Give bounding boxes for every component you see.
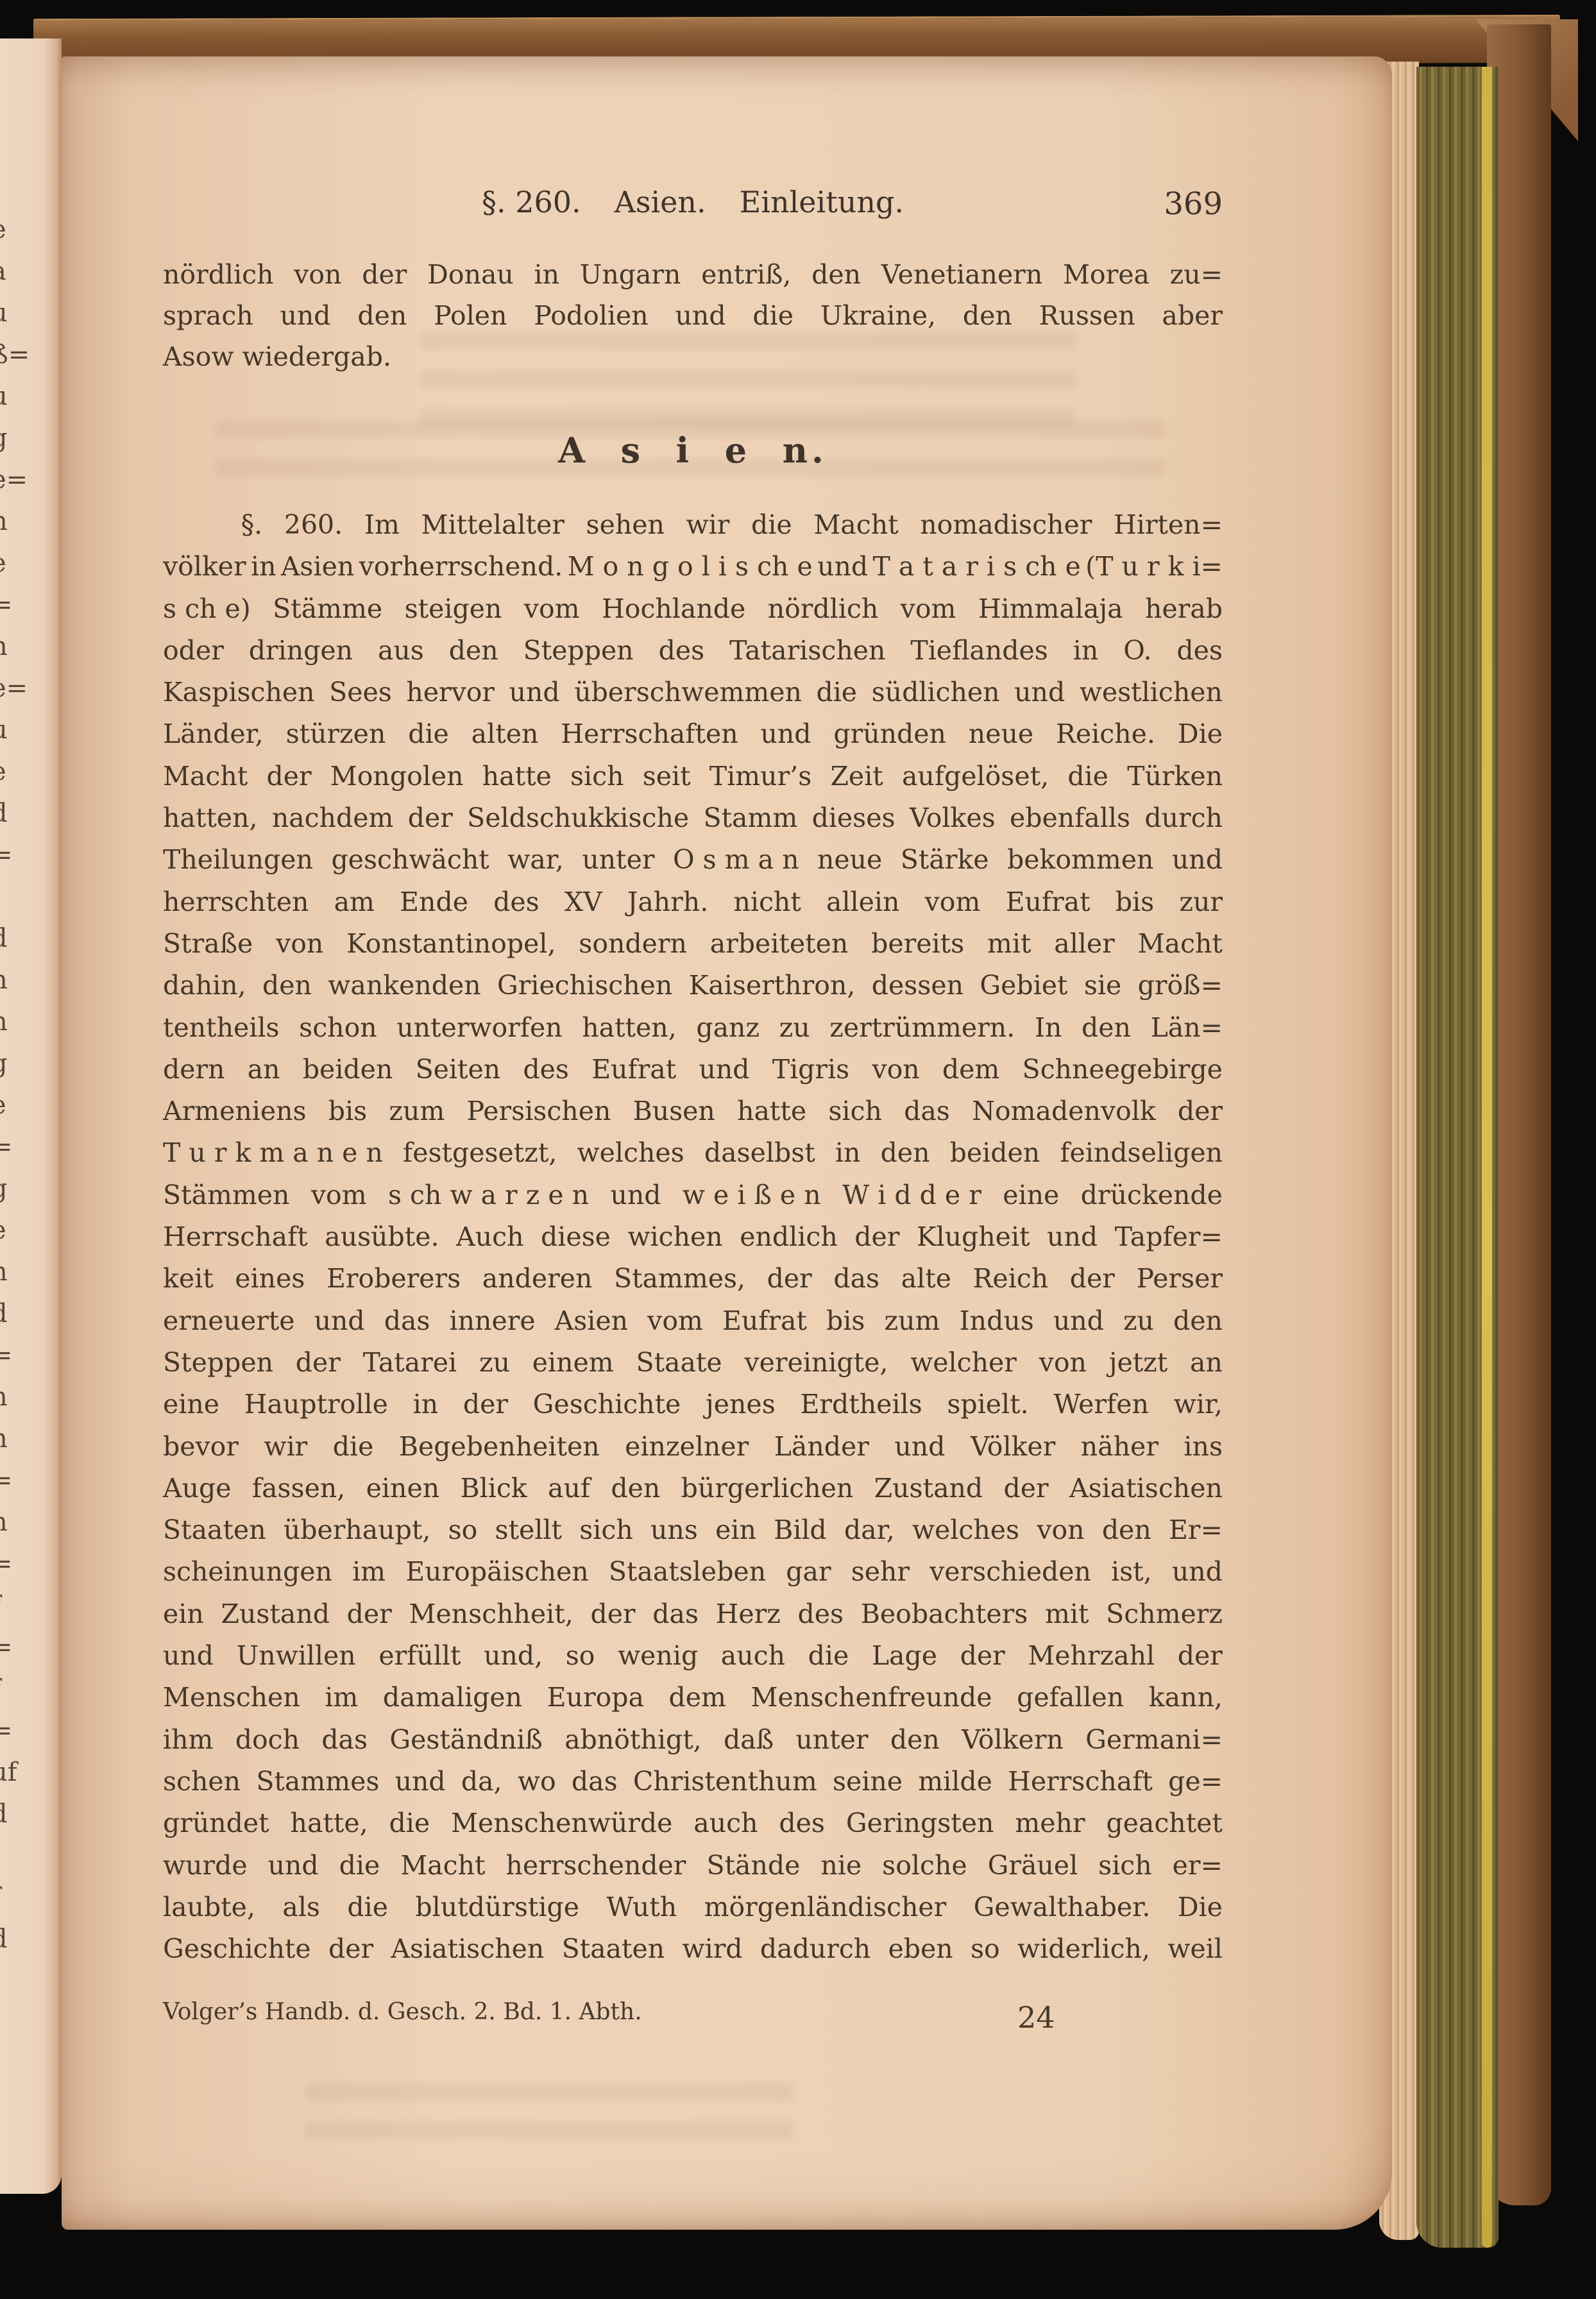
strip-fragment: d — [0, 1924, 8, 1954]
strip-fragment: = — [0, 1466, 13, 1495]
strip-fragment: = — [0, 1633, 13, 1662]
text-line: dernanbeidenSeitendesEufratundTigrisvond… — [163, 1054, 1223, 1096]
text-line: Theilungengeschwächtwar,unterO s m a nne… — [163, 844, 1223, 886]
strip-fragment: n — [0, 507, 8, 536]
main-paragraph: §.260.ImMittelaltersehenwirdieMachtnomad… — [163, 509, 1223, 1975]
strip-fragment: e — [0, 215, 6, 244]
strip-fragment: = — [0, 840, 13, 870]
header-section: §. 260. — [482, 185, 581, 219]
sheet-number: 24 — [1017, 2000, 1055, 2035]
strip-fragment: h — [0, 1007, 8, 1037]
text-line: eineHauptrolleinderGeschichtejenesErdthe… — [163, 1389, 1223, 1430]
facing-page-strip: eauß=uge=ne=ne=ued=;dhhge=gend=nn=h=f=f=… — [0, 38, 62, 2194]
intro-paragraph: nördlichvonderDonauinUngarnentriß,denVen… — [163, 259, 1223, 382]
text-line: erneuerteunddasinnereAsienvomEufratbiszu… — [163, 1305, 1223, 1347]
strip-fragment: g — [0, 1174, 8, 1203]
section-heading: A s i e n. — [163, 430, 1223, 471]
text-line: s ch e)StämmesteigenvomHochlandenördlich… — [163, 593, 1223, 635]
text-line: SteppenderTatareizueinemStaatevereinigte… — [163, 1347, 1223, 1389]
strip-fragment: d — [0, 1799, 8, 1829]
text-line: MachtderMongolenhattesichseitTimur’sZeit… — [163, 761, 1223, 802]
text-line: tentheilsschonunterworfenhatten,ganzzuze… — [163, 1012, 1223, 1054]
text-line: sprachunddenPolenPodolienunddieUkraine,d… — [163, 300, 1223, 341]
text-line: undUnwillenerfülltund,sowenigauchdieLage… — [163, 1640, 1223, 1682]
strip-fragment: h — [0, 1507, 8, 1537]
text-line: keiteinesEroberersanderenStammes,derdasa… — [163, 1263, 1223, 1305]
book-page: §. 260. Asien. Einleitung. 369 nördlichv… — [62, 56, 1392, 2230]
strip-fragment: u — [0, 382, 8, 411]
strip-fragment: e= — [0, 674, 28, 703]
strip-fragment: d — [0, 924, 8, 953]
header-title: Asien. — [615, 185, 706, 219]
strip-fragment: n — [0, 1424, 8, 1454]
strip-fragment: f — [0, 1591, 1, 1620]
strip-fragment: g — [0, 1049, 8, 1078]
strip-fragment: e — [0, 1216, 6, 1245]
text-line: Staatenüberhaupt,sostelltsichunseinBildd… — [163, 1514, 1223, 1556]
text-line: Asow wiedergab. — [163, 341, 1223, 382]
strip-fragment: u — [0, 715, 8, 745]
strip-fragment: = — [0, 1716, 13, 1745]
book-fore-edge — [1416, 67, 1498, 2248]
text-line: bevorwirdieBegebenheiteneinzelnerLänderu… — [163, 1431, 1223, 1473]
text-line: Augefassen,einenBlickaufdenbürgerlichenZ… — [163, 1473, 1223, 1514]
text-line: herrschtenamEndedesXVJahrh.nichtalleinvo… — [163, 887, 1223, 928]
strip-fragment: f — [0, 1674, 1, 1704]
strip-fragment: = — [0, 1549, 13, 1579]
text-line: MenschenimdamaligenEuropademMenschenfreu… — [163, 1682, 1223, 1724]
text-line: §.260.ImMittelaltersehenwirdieMachtnomad… — [163, 509, 1223, 551]
text-line: GeschichtederAsiatischenStaatenwirddadur… — [163, 1933, 1223, 1975]
text-line: völkerinAsienvorherrschend.M o n g o l i… — [163, 551, 1223, 593]
strip-fragment: d — [0, 1299, 8, 1328]
strip-fragment: e — [0, 548, 6, 578]
header-subtitle: Einleitung. — [740, 185, 904, 219]
text-line: hatten,nachdemderSeldschukkischeStammdie… — [163, 802, 1223, 844]
strip-fragment: f — [0, 1883, 1, 1912]
strip-fragment: = — [0, 1341, 13, 1370]
strip-fragment: ß= — [0, 340, 30, 369]
strip-fragment: ) — [0, 1841, 1, 1871]
strip-fragment: u — [0, 298, 8, 328]
strip-fragment: = — [0, 590, 13, 620]
text-line: nördlichvonderDonauinUngarnentriß,denVen… — [163, 259, 1223, 300]
text-line: Länder,stürzendiealtenHerrschaftenundgrü… — [163, 718, 1223, 760]
text-line: dahin,denwankendenGriechischenKaiserthro… — [163, 970, 1223, 1012]
text-line: einZustandderMenschheit,derdasHerzdesBeo… — [163, 1599, 1223, 1640]
strip-fragment: a — [0, 257, 6, 286]
strip-fragment: = — [0, 1132, 13, 1162]
strip-fragment: n — [0, 1257, 8, 1287]
text-line: laubte,alsdieblutdürstigeWuthmörgenländi… — [163, 1892, 1223, 1933]
text-line: KaspischenSeeshervorundüberschwemmendies… — [163, 677, 1223, 718]
strip-fragment: d — [0, 799, 8, 828]
text-line: schenStammesundda,wodasChristenthumseine… — [163, 1766, 1223, 1808]
page-footer: Volger’s Handb. d. Gesch. 2. Bd. 1. Abth… — [163, 1999, 1223, 2025]
text-line: Stämmenvoms ch w a r z e nundw e i ß e n… — [163, 1180, 1223, 1221]
text-line: scheinungenimEuropäischenStaatslebengars… — [163, 1556, 1223, 1598]
text-line: ihmdochdasGeständnißabnöthigt,daßunterde… — [163, 1724, 1223, 1766]
strip-fragment: g — [0, 423, 8, 453]
text-line: T u r k m a n e nfestgesetzt,welchesdase… — [163, 1137, 1223, 1179]
strip-fragment: e — [0, 757, 6, 786]
ink-showthrough — [305, 2083, 793, 2154]
strip-fragment: e — [0, 1090, 6, 1120]
text-line: ArmeniensbiszumPersischenBusenhattesichd… — [163, 1096, 1223, 1137]
text-line: wurdeunddieMachtherrschenderStändeniesol… — [163, 1850, 1223, 1892]
text-line: Herrschaftausübte.Auchdiesewichenendlich… — [163, 1221, 1223, 1263]
strip-fragment: uf — [0, 1758, 17, 1787]
text-line: gründethatte,dieMenschenwürdeauchdesGeri… — [163, 1808, 1223, 1849]
text-line: oderdringenausdenSteppendesTatarischenTi… — [163, 635, 1223, 677]
strip-fragment: h — [0, 965, 8, 995]
strip-fragment: n — [0, 632, 8, 661]
strip-fragment: n — [0, 1382, 8, 1412]
footer-signature: Volger’s Handb. d. Gesch. 2. Bd. 1. Abth… — [163, 1999, 642, 2025]
page-number: 369 — [1164, 186, 1223, 222]
strip-fragment: e= — [0, 465, 28, 495]
text-line: StraßevonKonstantinopel,sondernarbeitete… — [163, 928, 1223, 970]
running-header: §. 260. Asien. Einleitung. — [163, 185, 1223, 219]
